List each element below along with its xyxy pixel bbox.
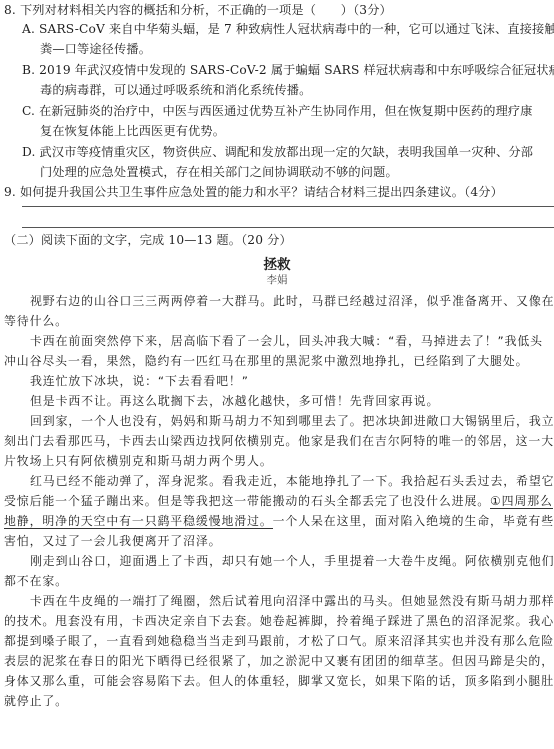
passage-line: 但是卡西不让。再这么耽搁下去，冰越化越快，多可惜！先背回家再说。 bbox=[30, 393, 439, 410]
passage-line: 都不在家。 bbox=[4, 573, 68, 590]
passage-author: 李娟 bbox=[0, 272, 554, 287]
passage-line: 我连忙放下冰块，说：“下去看看吧！” bbox=[30, 373, 249, 390]
passage-line: 表层的泥浆在春日的阳光下晒得已经很紧了，加之淤泥中又裹有团团的细草茎。但因马蹄是… bbox=[4, 653, 554, 670]
passage-line: 卡西在前面突然停下来，居高临下看了一会儿，回头冲我大喊：“看，马掉进去了！”我低… bbox=[30, 333, 543, 350]
underlined-sentence-1b: 地静，明净的天空中有一只鹞平稳缓慢地滑过。 bbox=[4, 514, 273, 529]
question-9-stem: 9. 如何提升我国公共卫生事件应急处置的能力和水平？请结合材料三提出四条建议。（… bbox=[4, 184, 503, 201]
passage-line: 害怕，又过了一会儿我便离开了沼泽。 bbox=[4, 533, 221, 550]
passage-line: 都提到嗓子眼了，一直看到她稳稳当当走到马跟前，才松了口气。原来沼泽其实也并没有那… bbox=[4, 633, 554, 650]
passage-line: 片牧场上只有阿依横别克和斯马胡力两个男人。 bbox=[4, 453, 273, 470]
passage-line: 视野右边的山谷口三三两两停着一大群马。此时，马群已经越过沼泽，似乎准备离开、又像… bbox=[30, 293, 554, 310]
underlined-sentence-1a: ①四周那么 bbox=[490, 494, 553, 509]
passage-line: 受惊后能一个猛子蹦出来。但是等我把这一带能搬动的石头全都丢完了也没什么进展。①四… bbox=[4, 493, 553, 510]
passage-line: 身体又那么重，可能会容易陷下去。但人的体重轻，脚掌又宽长，如果下陷的话，顶多陷到… bbox=[4, 673, 554, 690]
option-b-line-2: 毒的病毒群，可以通过呼吸系统和消化系统传播。 bbox=[40, 82, 311, 99]
passage-line: 红马已经不能动弹了，浑身泥浆。看我走近，本能地挣扎了一下。我拾起石头丢过去，希望… bbox=[30, 473, 554, 490]
option-c-line-1: C. 在新冠肺炎的治疗中，中医与西医通过优势互补产生协同作用，但在恢复期中医药的… bbox=[22, 103, 533, 120]
option-d-line-1: D. 武汉市等疫情重灾区，物资供应、调配和发放都出现一定的欠缺，表明我国单一灾种… bbox=[22, 144, 533, 161]
option-c-line-2: 复在恢复体能上比西医更有优势。 bbox=[40, 123, 225, 140]
option-d-line-2: 门处理的应急处置模式，存在相关部门之间协调联动不够的问题。 bbox=[40, 164, 398, 181]
option-b-line-1: B. 2019 年武汉疫情中发现的 SARS-CoV-2 属于蝙蝠 SARS 样… bbox=[22, 62, 554, 79]
option-a-line-1: A. SARS-CoV 来自中华菊头蝠，是 7 种致病性人冠状病毒中的一种，它可… bbox=[22, 21, 554, 38]
passage-line: 的技术。甩套没有用，卡西决定亲自下去套。她卷起裤脚，拎着绳子踩进了黑色的沼泽泥浆… bbox=[4, 613, 554, 630]
option-a-line-2: 粪—口等途径传播。 bbox=[40, 41, 151, 58]
answer-line-1[interactable] bbox=[22, 206, 554, 207]
passage-line: 卡西在牛皮绳的一端打了绳圈，然后试着甩向沼泽中露出的马头。但她显然没有斯马胡力那… bbox=[30, 593, 554, 610]
passage-line: 冲山谷尽头一看，果然，隐约有一匹红马在那里的黑泥浆中激烈地挣扎，已经陷到了大腿处… bbox=[4, 353, 528, 370]
passage-line: 刚走到山谷口，迎面遇上了卡西，却只有她一个人，手里提着一大卷牛皮绳。阿依横别克他… bbox=[30, 553, 554, 570]
passage-line: 就停止了。 bbox=[4, 693, 68, 710]
answer-line-2[interactable] bbox=[22, 227, 554, 228]
passage-line: 地静，明净的天空中有一只鹞平稳缓慢地滑过。一个人呆在这里，面对陷入绝境的生命，毕… bbox=[4, 513, 554, 530]
question-8-stem: 8. 下列对材料相关内容的概括和分析，不正确的一项是（ ）（3分） bbox=[4, 2, 392, 19]
exam-page: 8. 下列对材料相关内容的概括和分析，不正确的一项是（ ）（3分） A. SAR… bbox=[0, 0, 554, 749]
passage-line: 等待什么。 bbox=[4, 313, 68, 330]
passage-title: 拯救 bbox=[0, 253, 554, 273]
passage-text: 一个人呆在这里，面对陷入绝境的生命，毕竟有些 bbox=[273, 514, 554, 528]
section-heading: （二）阅读下面的文字，完成 10—13 题。（20 分） bbox=[4, 232, 292, 249]
passage-line: 回到家，一个人也没有，妈妈和斯马胡力不知到哪里去了。把冰块卸进敞口大锡锅里后，我… bbox=[30, 413, 554, 430]
passage-text: 受惊后能一个猛子蹦出来。但是等我把这一带能搬动的石头全都丢完了也没什么进展。 bbox=[4, 494, 490, 508]
passage-line: 刻出门去看那匹马，卡西去山梁西边找阿依横别克。他家是我们在吉尔阿特的唯一的邻居，… bbox=[4, 433, 554, 450]
